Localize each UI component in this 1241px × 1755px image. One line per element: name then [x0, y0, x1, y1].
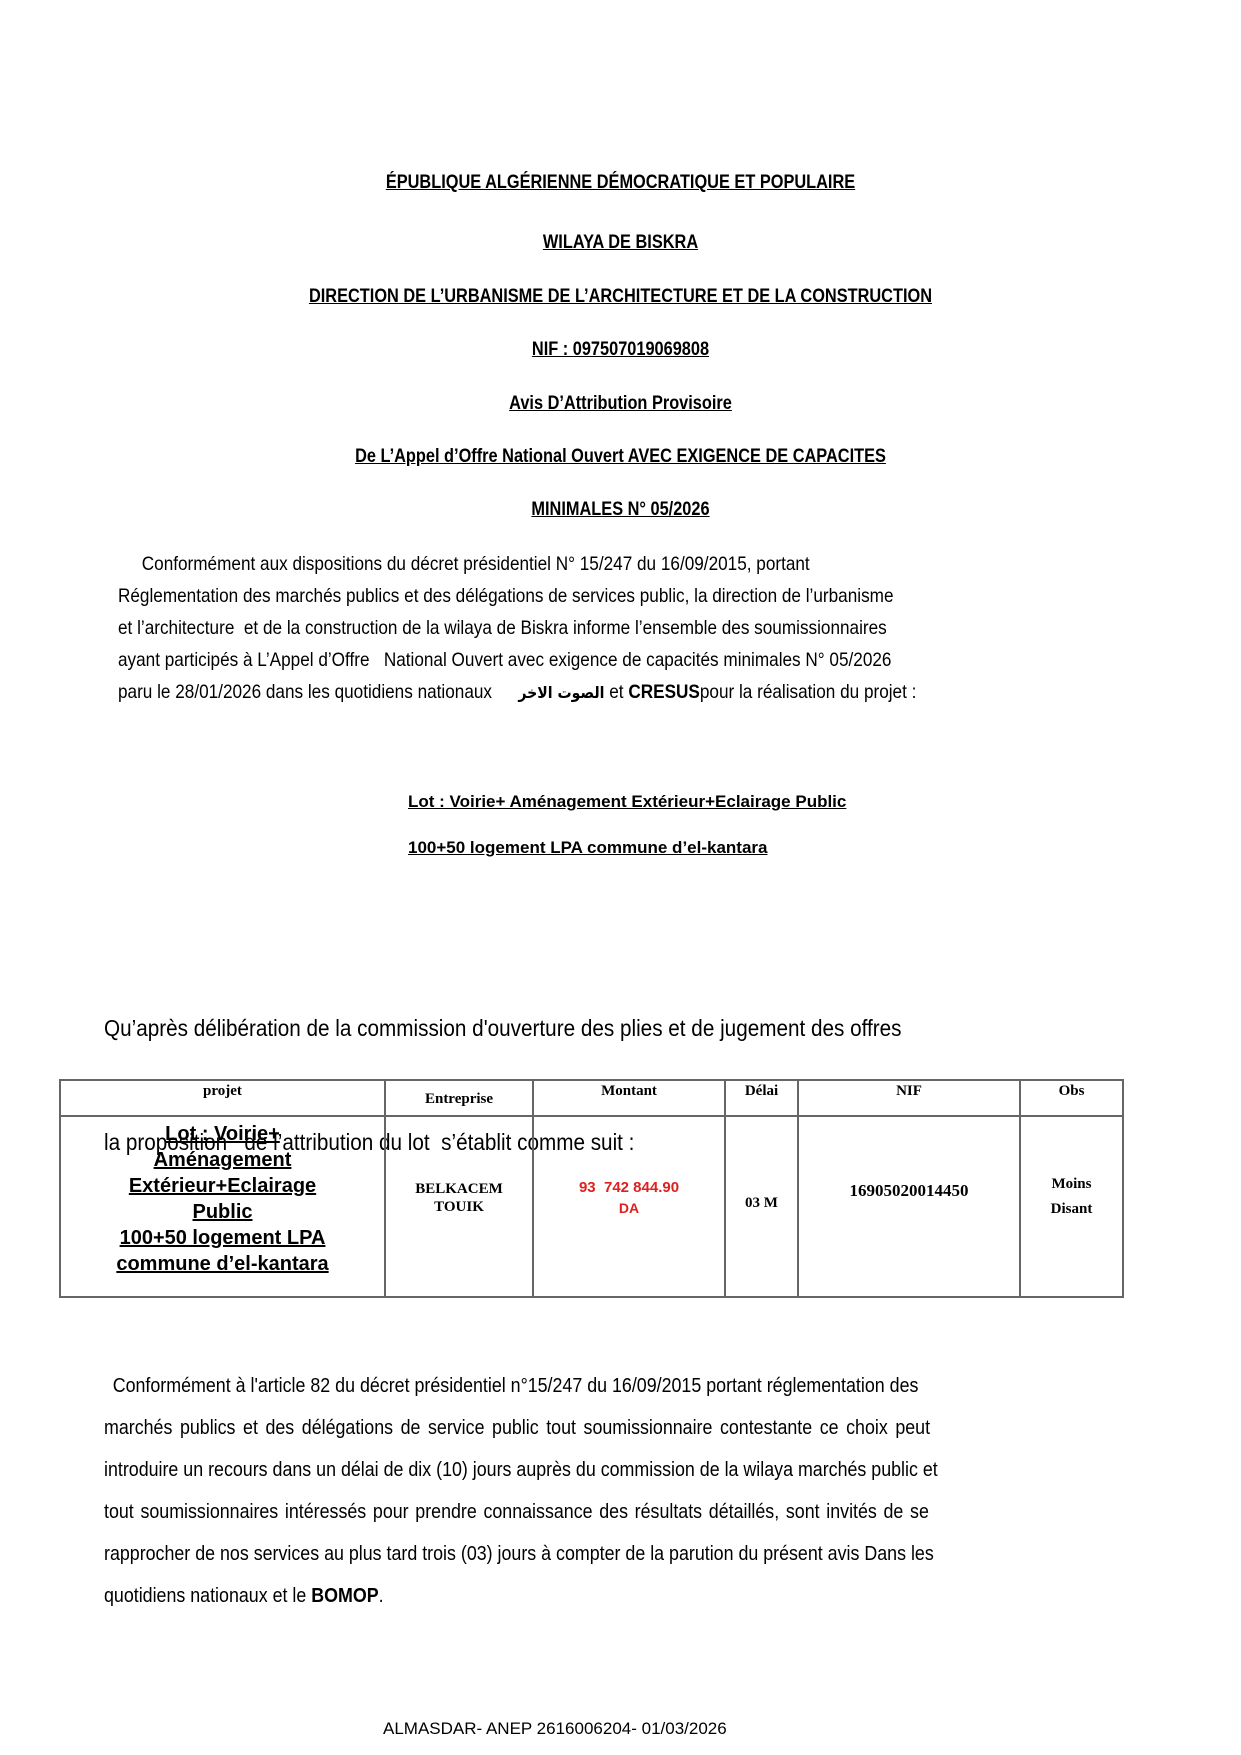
projet-line: commune d’el-kantara: [61, 1251, 384, 1277]
closing-line-2: marchés publics et des délégations de se…: [104, 1407, 984, 1449]
entreprise-line: BELKACEM: [386, 1180, 532, 1198]
deliberation-line-1: Qu’après délibération de la commission d…: [104, 1009, 902, 1047]
col-header-entreprise: Entreprise: [385, 1080, 533, 1116]
footer-reference: ALMASDAR- ANEP 2616006204- 01/03/2026: [383, 1719, 727, 1739]
bomop-label: BOMOP: [311, 1584, 378, 1607]
closing-line-5: rapprocher de nos services au plus tard …: [104, 1533, 984, 1575]
lot-title: Lot : Voirie+ Aménagement Extérieur+Ecla…: [408, 792, 846, 812]
projet-line: Public: [61, 1199, 384, 1225]
closing-line-1: Conformément à l'article 82 du décret pr…: [104, 1365, 984, 1407]
intro-line-3: et l’architecture et de la construction …: [118, 612, 998, 644]
cell-projet: Lot : Voirie+ Aménagement Extérieur+Ecla…: [60, 1116, 385, 1297]
cell-montant: 93 742 844.90 DA: [533, 1116, 725, 1297]
newspaper-cresus: CRESUS: [628, 681, 700, 703]
closing-line-3: introduire un recours dans un délai de d…: [104, 1449, 984, 1491]
cell-delai: 03 M: [725, 1116, 798, 1297]
subtitle-line1: De L’Appel d’Offre National Ouvert AVEC …: [87, 446, 1154, 468]
closing-paragraph: Conformément à l'article 82 du décret pr…: [104, 1365, 1116, 1617]
projet-line: Extérieur+Eclairage: [61, 1173, 384, 1199]
lot-subtitle: 100+50 logement LPA commune d’el-kantara: [408, 838, 767, 858]
closing-line-6-a: quotidiens nationaux et le: [104, 1584, 311, 1607]
header-wilaya: WILAYA DE BISKRA: [87, 232, 1154, 254]
obs-line: Moins: [1021, 1172, 1122, 1197]
intro-line-5-a: paru le 28/01/2026 dans les quotidiens n…: [118, 681, 492, 703]
montant-value: 93 742 844.90: [534, 1178, 724, 1198]
obs-line: Disant: [1021, 1197, 1122, 1222]
col-header-nif: NIF: [798, 1080, 1020, 1116]
montant-currency: DA: [534, 1198, 724, 1218]
newspaper-arabic: الصوت الاخر: [518, 683, 604, 702]
intro-line-5-b: et: [604, 681, 628, 703]
intro-line-4: ayant participés à L’Appel d’Offre Natio…: [118, 644, 998, 676]
projet-line: Aménagement: [61, 1147, 384, 1173]
col-header-projet: projet: [60, 1080, 385, 1116]
intro-line-5-c: pour la réalisation du projet :: [700, 681, 917, 703]
header-republic: ÉPUBLIQUE ALGÉRIENNE DÉMOCRATIQUE ET POP…: [87, 172, 1154, 194]
cell-obs: Moins Disant: [1020, 1116, 1123, 1297]
intro-line-5: paru le 28/01/2026 dans les quotidiens n…: [118, 676, 998, 709]
entreprise-line: TOUIK: [386, 1198, 532, 1216]
col-header-delai: Délai: [725, 1080, 798, 1116]
col-header-montant: Montant: [533, 1080, 725, 1116]
col-header-obs: Obs: [1020, 1080, 1123, 1116]
closing-line-6-b: .: [379, 1584, 384, 1607]
projet-line: Lot : Voirie+: [61, 1121, 384, 1147]
cell-nif: 16905020014450: [798, 1116, 1020, 1297]
subtitle-line2: MINIMALES N° 05/2026: [87, 499, 1154, 521]
closing-line-4: tout soumissionnaires intéressés pour pr…: [104, 1491, 984, 1533]
intro-line-1: Conformément aux dispositions du décret …: [118, 548, 998, 580]
projet-line: 100+50 logement LPA: [61, 1225, 384, 1251]
intro-paragraph: Conformément aux dispositions du décret …: [118, 548, 1118, 709]
table-row: Lot : Voirie+ Aménagement Extérieur+Ecla…: [60, 1116, 1123, 1297]
intro-line-2: Réglementation des marchés publics et de…: [118, 580, 998, 612]
closing-line-6: quotidiens nationaux et le BOMOP.: [104, 1575, 984, 1617]
table-header-row: projet Entreprise Montant Délai NIF Obs: [60, 1080, 1123, 1116]
attribution-table: projet Entreprise Montant Délai NIF Obs …: [59, 1079, 1124, 1298]
cell-entreprise: BELKACEM TOUIK: [385, 1116, 533, 1297]
header-direction: DIRECTION DE L’URBANISME DE L’ARCHITECTU…: [87, 286, 1154, 308]
header-nif: NIF : 097507019069808: [87, 339, 1154, 361]
page-title: Avis D’Attribution Provisoire: [87, 393, 1154, 415]
